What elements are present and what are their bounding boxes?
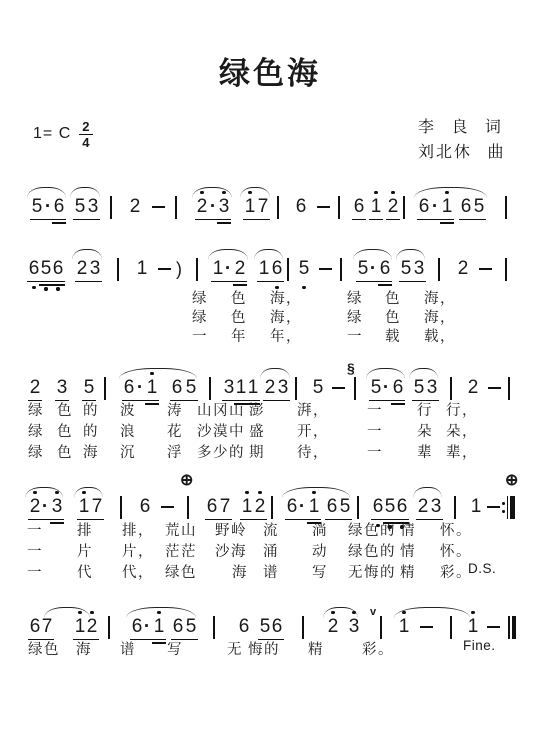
lyric-syllable: 情 — [400, 519, 416, 540]
note-digit: 6 — [459, 196, 473, 218]
lyric-syllable: 绿 — [28, 420, 44, 441]
barline — [340, 258, 342, 281]
thick-bar — [512, 616, 516, 639]
note-digit: 6 — [170, 377, 184, 399]
note-digit: 1 — [257, 258, 271, 280]
lyric-syllable: 海， — [424, 287, 456, 308]
note-digit: 7 — [218, 496, 232, 518]
barline — [287, 258, 289, 281]
lyric-syllable: 的 — [83, 420, 99, 441]
lyric-syllable: 一 — [367, 399, 383, 420]
lyric-row: 绿色海沉浮多少的期待，一辈辈， — [0, 441, 540, 459]
note-digit: 3 — [217, 196, 231, 218]
note-digit: 5 — [412, 377, 426, 399]
lyric-syllable: 色 — [57, 441, 73, 462]
note-digit: 7 — [256, 196, 270, 218]
note-digit: 6 — [270, 258, 284, 280]
lyric-syllable: 一 — [27, 540, 43, 561]
note-digit: 3 — [88, 258, 102, 280]
barline — [302, 616, 304, 639]
coda-icon: ⊕ — [505, 473, 518, 489]
barline — [450, 377, 452, 400]
note-digit: 2 — [386, 196, 400, 218]
note-digit: 5 — [82, 377, 96, 399]
key-text: 1= C — [33, 125, 71, 142]
lyric-syllable: 的 — [83, 399, 99, 420]
note-digit: 3 — [50, 496, 64, 518]
lyric-syllable: 精 — [308, 638, 324, 659]
note-digit: 6 — [270, 616, 284, 638]
lyric-syllable: 绿 — [28, 399, 44, 420]
lyric-syllable: 动 — [312, 540, 328, 561]
time-signature-numerator: 2 — [79, 120, 93, 135]
octave-dot-high — [391, 191, 394, 194]
lyric-syllable: 海 — [83, 441, 99, 462]
barline — [271, 496, 273, 519]
note-digit: 5 — [311, 377, 325, 399]
octave-dot-high — [90, 611, 93, 614]
note-digit: 5 — [399, 258, 413, 280]
note-digit: 3 — [276, 377, 290, 399]
note-digit: 2 — [128, 196, 142, 218]
octave-dot-high — [374, 191, 377, 194]
barline — [213, 616, 215, 639]
duration-dash — [420, 626, 433, 628]
note-digit: 1 — [246, 377, 260, 399]
lyric-syllable: 一 — [192, 325, 208, 346]
lyric-syllable: 载 — [385, 325, 401, 346]
octave-dot-high — [471, 611, 474, 614]
augmentation-dot: · — [223, 258, 233, 280]
lyric-syllable: 色 — [385, 287, 401, 308]
time-signature-denominator: 4 — [79, 135, 93, 149]
thin-bar — [507, 496, 509, 519]
lyric-syllable: 行， — [446, 399, 478, 420]
barline — [120, 496, 122, 519]
note-digit: 2 — [195, 196, 209, 218]
duration-dash — [319, 268, 332, 270]
lyric-syllable: 绿 — [347, 306, 363, 327]
lyric-syllable: Fine. — [463, 638, 496, 653]
lyric-row: 一代代，绿色海谱写无悔的精彩。D.S. — [0, 561, 540, 579]
lyric-syllable: 一 — [367, 420, 383, 441]
repeat-end-barline — [502, 496, 515, 519]
note-digit: 3 — [425, 377, 439, 399]
barline — [380, 616, 382, 639]
lyric-syllable: 绿 — [347, 287, 363, 308]
lyric-row: 绿色海谱写无悔的精彩。Fine. — [0, 638, 540, 656]
note-digit: 3 — [412, 258, 426, 280]
note-digit: 6 — [417, 196, 431, 218]
note-digit: 2 — [456, 258, 470, 280]
lyric-syllable: 花 — [167, 420, 183, 441]
lyric-syllable: 一 — [27, 561, 43, 582]
lyric-syllable: 排， — [122, 519, 154, 540]
note-digit: 7 — [90, 496, 104, 518]
lyric-syllable: 一 — [27, 519, 43, 540]
duration-dash — [332, 387, 345, 389]
repeat-dot — [502, 510, 505, 513]
segno-icon: § — [347, 360, 355, 376]
note-digit: 2 — [85, 616, 99, 638]
note-digit: 1 — [145, 377, 159, 399]
barline — [108, 616, 110, 639]
note-digit: 3 — [429, 496, 443, 518]
lyric-syllable: 湃， — [297, 399, 329, 420]
lyric-syllable: 浪 — [120, 420, 136, 441]
note-digit: 1 — [369, 196, 383, 218]
thick-bar — [510, 496, 514, 519]
lyric-syllable: 绿色的 — [348, 540, 396, 561]
note-digit: 7 — [40, 616, 54, 638]
lyric-syllable: 期 — [249, 441, 265, 462]
lyric-syllable: 涛 — [167, 399, 183, 420]
lyric-syllable: 排 — [77, 519, 93, 540]
lyric-syllable: 待， — [297, 441, 329, 462]
lyric-syllable: 沉 — [120, 441, 136, 462]
lyric-syllable: 荒山 — [165, 519, 197, 540]
note-digit: 6 — [378, 258, 392, 280]
note-digit: 1 — [397, 616, 411, 638]
lyric-syllable: 辈， — [446, 441, 478, 462]
lyric-syllable: 怀。 — [440, 540, 472, 561]
duration-dash — [479, 268, 492, 270]
barline — [357, 496, 359, 519]
lyric-syllable: 绿色的 — [348, 519, 396, 540]
duration-dash — [487, 626, 500, 628]
lyric-syllable: 流 — [263, 519, 279, 540]
lyric-syllable: 涌 — [263, 540, 279, 561]
note-digit: 5 — [472, 196, 486, 218]
lyric-syllable: 色 — [57, 420, 73, 441]
lyricist-credit: 李 良 词 — [418, 114, 503, 137]
repeat-dot — [502, 502, 505, 505]
lyric-syllable: 朵 — [417, 420, 433, 441]
note-digit: 3 — [347, 616, 361, 638]
lyric-syllable: 片 — [77, 540, 93, 561]
composer-credit: 刘北休 曲 — [418, 139, 505, 162]
lyric-syllable: 山冈山 — [197, 399, 245, 420]
barline — [454, 496, 456, 519]
lyric-syllable: 海， — [270, 306, 302, 327]
note-digit: 5 — [184, 377, 198, 399]
lyric-syllable: 绿色 — [165, 561, 197, 582]
coda-icon: ⊕ — [180, 473, 193, 489]
barline — [110, 196, 112, 219]
lyric-syllable: 无 — [227, 638, 243, 659]
duration-dash — [152, 206, 165, 208]
lyric-syllable: 代 — [77, 561, 93, 582]
duration-dash — [488, 387, 501, 389]
note-digit: 6 — [294, 196, 308, 218]
note-digit: 6 — [391, 377, 405, 399]
barline — [338, 196, 340, 219]
note-digit: 1 — [440, 196, 454, 218]
note-digit: 2 — [75, 258, 89, 280]
note-digit: 1 — [466, 616, 480, 638]
barline — [438, 258, 440, 281]
barline — [277, 196, 279, 219]
key-signature: 1= C24 — [33, 120, 93, 149]
note-digit: 5 — [73, 196, 87, 218]
lyric-row: 绿色的浪花沙漠中盛开，一朵朵， — [0, 420, 540, 438]
note-digit: 1 — [243, 196, 257, 218]
barline — [505, 258, 507, 281]
note-digit: 6 — [352, 196, 366, 218]
augmentation-dot: · — [297, 496, 307, 518]
note-digit: 2 — [253, 496, 267, 518]
lyric-syllable: 色 — [57, 399, 73, 420]
note-digit: 2 — [233, 258, 247, 280]
note-digit: 6 — [325, 496, 339, 518]
lyric-syllable: 怀。 — [440, 519, 472, 540]
note-digit: 6 — [52, 196, 66, 218]
note-digit: 5 — [184, 616, 198, 638]
lyric-syllable: 茫茫 — [165, 540, 197, 561]
lyric-syllable: 野岭 — [215, 519, 247, 540]
lyric-syllable: 悔的 — [248, 638, 280, 659]
lyric-syllable: 色 — [231, 306, 247, 327]
lyric-syllable: 沙漠中 — [197, 420, 245, 441]
note-digit: 6 — [122, 377, 136, 399]
duration-dash — [487, 506, 500, 508]
lyric-syllable: 朵， — [446, 420, 478, 441]
note-digit: 6 — [237, 616, 251, 638]
note-digit: 2 — [326, 616, 340, 638]
lyric-syllable: 沙海 — [215, 540, 247, 561]
barline — [354, 377, 356, 400]
lyric-row: 一排排，荒山野岭流淌绿色的情怀。 — [0, 519, 540, 537]
sheet-music-page: 绿色海 1= C24 李 良 词 刘北休 曲 5·65322·31766126·… — [0, 0, 540, 751]
barline — [209, 377, 211, 400]
lyric-syllable: D.S. — [468, 561, 496, 576]
note-digit: 6 — [138, 496, 152, 518]
lyric-syllable: 色 — [385, 306, 401, 327]
lyric-syllable: 海， — [424, 306, 456, 327]
note-digit: 1 — [240, 496, 254, 518]
lyric-syllable: 一 — [347, 325, 363, 346]
lyric-syllable: 绿色 — [28, 638, 60, 659]
augmentation-dot: · — [40, 496, 50, 518]
barline — [196, 258, 198, 281]
augmentation-dot: · — [135, 377, 145, 399]
lyric-syllable: 澎 — [249, 399, 265, 420]
lyric-row: 绿色海，绿色海， — [0, 306, 540, 324]
lyric-syllable: 波 — [120, 399, 136, 420]
barline — [295, 377, 297, 400]
lyric-row: 一片片，茫茫沙海涌动绿色的情怀。 — [0, 540, 540, 558]
note-digit: 6 — [51, 258, 65, 280]
note-digit: 1 — [152, 616, 166, 638]
augmentation-dot: · — [381, 377, 391, 399]
barline — [505, 196, 507, 219]
octave-dot-high — [258, 491, 261, 494]
lyric-syllable: 写 — [167, 638, 183, 659]
duration-dash — [161, 506, 174, 508]
thin-bar — [508, 616, 510, 639]
note-digit: 1 — [135, 258, 149, 280]
note-digit: 1 — [469, 496, 483, 518]
augmentation-dot: · — [430, 196, 440, 218]
lyric-syllable: 盛 — [249, 420, 265, 441]
note-digit: 1 — [77, 496, 91, 518]
song-title: 绿色海 — [0, 48, 540, 93]
note-digit: 3 — [86, 196, 100, 218]
lyric-syllable: 谱 — [263, 561, 279, 582]
final-barline — [508, 616, 516, 639]
lyric-syllable: 海 — [232, 561, 248, 582]
lyric-syllable: 彩。 — [362, 638, 394, 659]
lyric-syllable: 绿 — [192, 287, 208, 308]
note-digit: 2 — [263, 377, 277, 399]
lyric-row: 一年年，一载载， — [0, 325, 540, 343]
note-digit: 3 — [55, 377, 69, 399]
lyric-syllable: 代， — [122, 561, 154, 582]
lyric-syllable: 色 — [231, 287, 247, 308]
augmentation-dot: · — [368, 258, 378, 280]
time-signature: 24 — [79, 120, 93, 149]
lyric-syllable: 一 — [367, 441, 383, 462]
note-digit: 6 — [205, 496, 219, 518]
lyric-syllable: 片， — [122, 540, 154, 561]
octave-dot-high — [245, 491, 248, 494]
breath-mark-icon: v — [370, 607, 376, 618]
lyric-syllable: 绿 — [192, 306, 208, 327]
repeat-dots — [502, 502, 505, 512]
lyric-syllable: 开， — [297, 420, 329, 441]
duration-dash — [158, 268, 171, 270]
lyric-syllable: 精 — [400, 561, 416, 582]
lyric-syllable: 浮 — [167, 441, 183, 462]
lyric-syllable: 无悔的 — [348, 561, 396, 582]
note-digit: 1 — [307, 496, 321, 518]
note-digit: 2 — [28, 377, 42, 399]
note-digit: 2 — [416, 496, 430, 518]
paren-symbol: ) — [176, 258, 182, 280]
lyric-syllable: 淌 — [312, 519, 328, 540]
note-digit: 5 — [338, 496, 352, 518]
lyric-row: 绿色的波涛山冈山澎湃，一行行， — [0, 399, 540, 417]
lyric-syllable: 年 — [231, 325, 247, 346]
music-line: 5·65322·31766126·165 — [0, 196, 540, 230]
lyric-syllable: 辈 — [417, 441, 433, 462]
note-digit: 6 — [395, 496, 409, 518]
barline — [508, 377, 510, 400]
note-digit: 5 — [297, 258, 311, 280]
note-digit: 5 — [30, 196, 44, 218]
lyric-syllable: 多少的 — [197, 441, 245, 462]
note-digit: 6 — [171, 616, 185, 638]
lyric-syllable: 写 — [312, 561, 328, 582]
lyric-syllable: 海 — [76, 638, 92, 659]
barline — [175, 196, 177, 219]
lyric-syllable: 行 — [417, 399, 433, 420]
lyric-syllable: 载， — [424, 325, 456, 346]
lyric-syllable: 绿 — [28, 441, 44, 462]
lyric-row: 绿色海，绿色海， — [0, 287, 540, 305]
barline — [117, 258, 119, 281]
augmentation-dot: · — [142, 616, 152, 638]
lyric-syllable: 谱 — [120, 638, 136, 659]
barline — [104, 377, 106, 400]
barline — [450, 616, 452, 639]
lyric-syllable: 年， — [270, 325, 302, 346]
duration-dash — [317, 206, 330, 208]
note-digit: 2 — [466, 377, 480, 399]
barline — [187, 496, 189, 519]
lyric-syllable: 海， — [270, 287, 302, 308]
barline — [403, 196, 405, 219]
lyric-syllable: 情 — [400, 540, 416, 561]
